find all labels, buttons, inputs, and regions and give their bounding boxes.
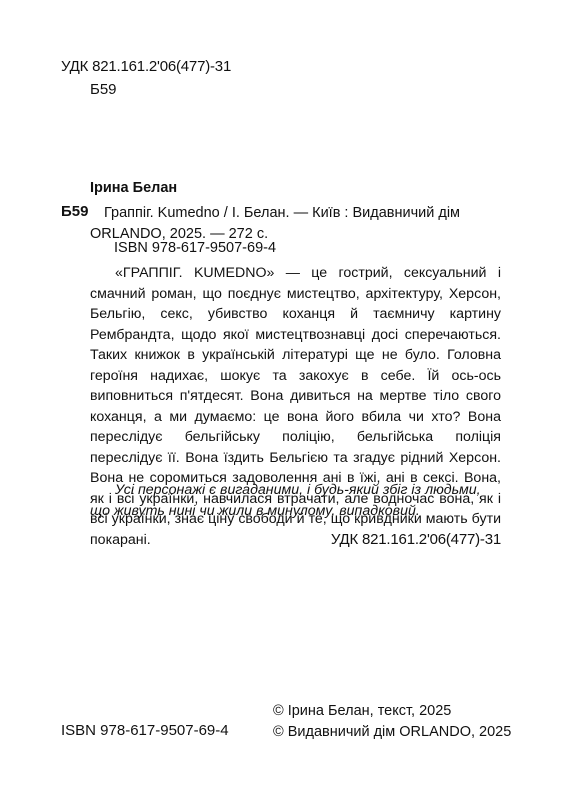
footer-isbn: ISBN 978-617-9507-69-4 (61, 722, 229, 739)
catalog-isbn: ISBN 978-617-9507-69-4 (114, 240, 276, 256)
fiction-disclaimer: Усі персонажі є вигаданими, і будь-який … (90, 480, 501, 521)
author-sign-top: Б59 (90, 81, 117, 98)
copyright-block: © Ірина Белан, текст, 2025 © Видавничий … (273, 701, 511, 743)
catalog-author-sign: Б59 (61, 203, 88, 220)
copyright-author: © Ірина Белан, текст, 2025 (273, 701, 511, 722)
bibliographic-entry: Граппіг. Kumedno / І. Белан. — Київ : Ви… (90, 203, 500, 245)
copyright-publisher: © Видавничий дім ORLANDO, 2025 (273, 722, 511, 743)
udk-code-top: УДК 821.161.2'06(477)-31 (61, 58, 231, 75)
catalog-author: Ірина Белан (90, 180, 177, 196)
udk-code-bottom: УДК 821.161.2'06(477)-31 (331, 531, 501, 548)
